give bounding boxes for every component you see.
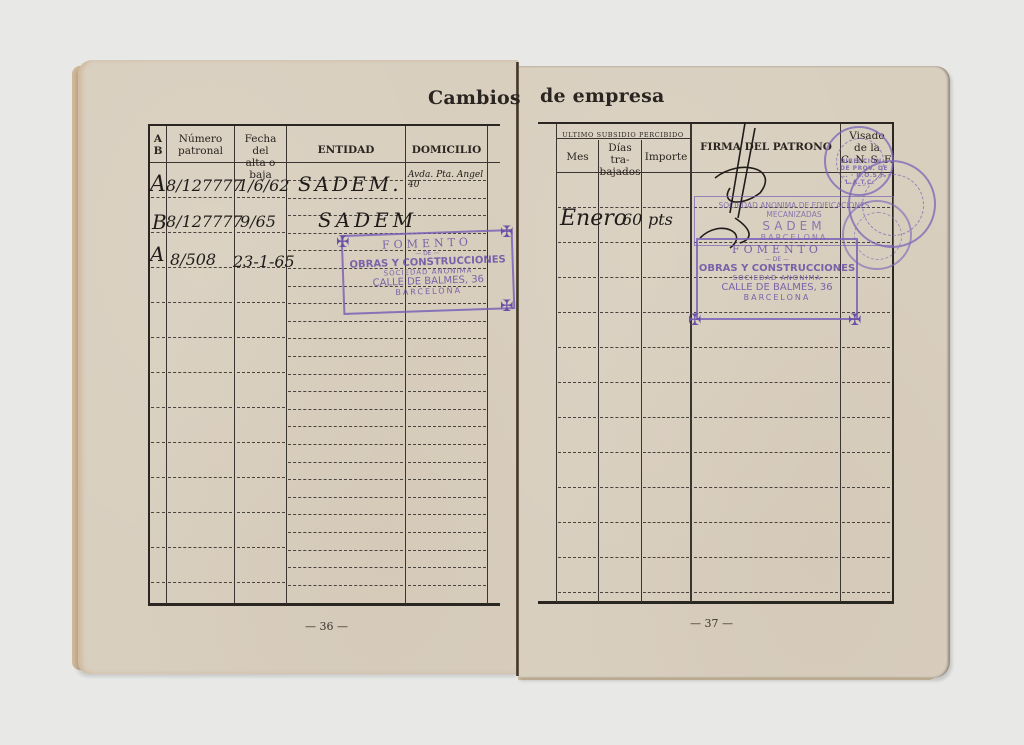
row-line <box>237 547 285 549</box>
page-title-left: Cambios <box>428 87 521 109</box>
row-line <box>558 452 596 454</box>
col-header-fecha: Fecha delalta o baja <box>235 133 286 181</box>
row-line <box>600 242 639 244</box>
row-line <box>643 277 689 279</box>
row-line <box>558 382 596 384</box>
row-line <box>842 382 890 384</box>
row-line <box>694 557 838 559</box>
col-divider <box>487 126 488 604</box>
row-line <box>558 277 596 279</box>
book-spine <box>516 62 519 676</box>
row-line <box>600 452 639 454</box>
row-line <box>408 532 486 534</box>
row-line <box>151 582 165 584</box>
row-line <box>168 582 232 584</box>
row-line <box>408 426 486 428</box>
row-line <box>842 452 890 454</box>
row-line <box>237 442 285 444</box>
row-line <box>643 347 689 349</box>
entry-1-fecha: 1/6/62 <box>238 176 290 195</box>
row-line <box>600 417 639 419</box>
row-line <box>694 592 838 594</box>
row-line <box>288 532 403 534</box>
row-line <box>151 442 165 444</box>
row-line <box>600 382 639 384</box>
row-line <box>600 277 639 279</box>
row-line <box>643 557 689 559</box>
row-line <box>288 338 403 340</box>
entry-2-numero: 8/127777 <box>166 212 243 231</box>
entry-1-numero: 8/127777 <box>166 176 243 195</box>
open-booklet: Cambios de empresa AB Númeropatronal Fec… <box>0 0 1024 745</box>
row-line <box>408 338 486 340</box>
row-line <box>600 522 639 524</box>
row-line <box>168 372 232 374</box>
row-line <box>168 302 232 304</box>
entry-3-fecha: 23-1-65 <box>233 252 295 271</box>
row-line <box>643 382 689 384</box>
col-header-domicilio: DOMICILIO <box>406 144 487 156</box>
col-divider <box>166 126 167 604</box>
row-line <box>288 356 403 358</box>
row-line <box>288 550 403 552</box>
row-line <box>288 426 403 428</box>
row-line <box>558 347 596 349</box>
row-line <box>558 312 596 314</box>
stamp-fomento-right: FOMENTO — DE — OBRAS Y CONSTRUCCIONES SO… <box>696 238 858 320</box>
row-line <box>643 452 689 454</box>
row-line <box>558 592 596 594</box>
row-line <box>168 512 232 514</box>
row-line <box>408 462 486 464</box>
entry-1-domicilio: Avda. Pta. Angel 40 <box>408 170 488 190</box>
row-line <box>643 417 689 419</box>
stamp-ornament-icon: ✠ <box>688 310 701 329</box>
row-line <box>151 302 165 304</box>
row-line <box>643 522 689 524</box>
row-line <box>408 585 486 587</box>
row-line <box>288 567 403 569</box>
entry-2-entidad: SADEM <box>318 208 417 232</box>
row-line <box>288 374 403 376</box>
row-line <box>558 417 596 419</box>
col-divider <box>556 124 557 602</box>
col-header-dias: Días tra-bajados <box>599 142 641 178</box>
stamp-ornament-icon: ✠ <box>500 296 513 315</box>
row-line <box>288 198 403 200</box>
row-line <box>842 347 890 349</box>
row-line <box>694 417 838 419</box>
row-line <box>694 487 838 489</box>
row-line <box>151 407 165 409</box>
left-header-divider <box>150 162 500 163</box>
row-line <box>643 487 689 489</box>
col-divider <box>405 126 406 604</box>
row-line <box>694 452 838 454</box>
row-line <box>694 347 838 349</box>
entry-1-entidad: SADEM. <box>298 172 402 196</box>
row-line <box>408 479 486 481</box>
row-line <box>558 522 596 524</box>
row-line <box>408 321 486 323</box>
row-line <box>151 197 165 199</box>
row-line <box>288 321 403 323</box>
row-line <box>151 267 165 269</box>
row-line <box>237 372 285 374</box>
row-line <box>288 462 403 464</box>
page-number-right: — 37 — <box>690 617 733 630</box>
row-line <box>288 479 403 481</box>
row-line <box>558 557 596 559</box>
col-divider <box>286 126 287 604</box>
row-line <box>237 477 285 479</box>
page-number-left: — 36 — <box>305 620 348 633</box>
row-line <box>151 337 165 339</box>
row-line <box>408 497 486 499</box>
row-line <box>288 409 403 411</box>
row-line <box>842 522 890 524</box>
col-header-entidad: ENTIDAD <box>287 144 405 156</box>
row-line <box>168 197 232 199</box>
row-line <box>600 347 639 349</box>
row-line <box>168 232 232 234</box>
row-line <box>168 477 232 479</box>
row-line <box>168 407 232 409</box>
col-divider <box>234 126 235 604</box>
row-line <box>237 512 285 514</box>
row-line <box>842 557 890 559</box>
col-header-ab: AB <box>150 133 166 157</box>
row-line <box>600 592 639 594</box>
row-line <box>288 514 403 516</box>
row-line <box>237 197 285 199</box>
entry-2-ab: B <box>152 210 167 234</box>
row-line <box>288 585 403 587</box>
entry-1-dias: 60 <box>622 210 642 229</box>
row-line <box>842 592 890 594</box>
row-line <box>151 477 165 479</box>
row-line <box>168 337 232 339</box>
row-line <box>288 391 403 393</box>
stamp-ornament-icon: ✠ <box>500 222 513 241</box>
row-line <box>842 417 890 419</box>
stamp-fomento-left: FOMENTO — DE — OBRAS Y CONSTRUCCIONES SO… <box>341 229 516 315</box>
row-line <box>694 382 838 384</box>
row-line <box>408 215 486 217</box>
entry-3-numero: 8/508 <box>170 250 216 269</box>
row-line <box>237 407 285 409</box>
row-line <box>408 374 486 376</box>
stamp-ornament-icon: ✠ <box>336 232 349 251</box>
row-line <box>408 409 486 411</box>
row-line <box>237 232 285 234</box>
row-line <box>151 547 165 549</box>
row-line <box>168 547 232 549</box>
row-line <box>237 582 285 584</box>
entry-2-fecha: 9/65 <box>240 212 276 231</box>
row-line <box>408 550 486 552</box>
entry-1-mes: Enero <box>560 206 627 231</box>
row-line <box>408 514 486 516</box>
row-line <box>600 557 639 559</box>
row-line <box>408 444 486 446</box>
row-line <box>288 497 403 499</box>
row-line <box>151 372 165 374</box>
row-line <box>558 242 596 244</box>
row-line <box>600 312 639 314</box>
row-line <box>288 444 403 446</box>
row-line <box>237 337 285 339</box>
row-line <box>600 487 639 489</box>
row-line <box>151 512 165 514</box>
row-line <box>558 487 596 489</box>
row-line <box>168 442 232 444</box>
col-header-numero-patronal: Númeropatronal <box>167 133 234 157</box>
row-line <box>237 302 285 304</box>
stamp-ornament-icon: ✠ <box>848 310 861 329</box>
row-line <box>408 356 486 358</box>
page-title-right: de empresa <box>540 85 665 107</box>
row-line <box>408 391 486 393</box>
entry-1-ab: A <box>150 172 166 197</box>
row-line <box>643 312 689 314</box>
seal-cnsf-3 <box>842 200 912 270</box>
row-line <box>842 487 890 489</box>
row-line <box>643 592 689 594</box>
row-line <box>694 522 838 524</box>
row-line <box>408 198 486 200</box>
col-header-mes: Mes <box>557 151 598 163</box>
row-line <box>408 567 486 569</box>
entry-3-ab: A <box>150 242 164 266</box>
